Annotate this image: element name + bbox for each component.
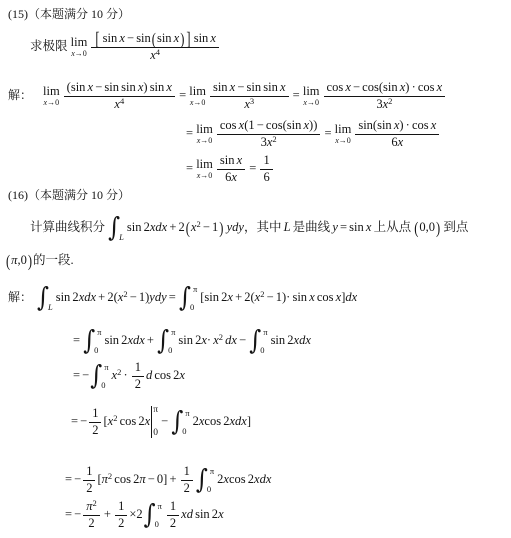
numerator: sin(sin x) · cos x (355, 118, 439, 135)
math-run: x2 · (112, 368, 130, 382)
numerator: 1 (89, 406, 101, 423)
numerator: (sin x − sin sin x) sin x (64, 80, 175, 97)
numerator: sin x − sin sin x (210, 80, 289, 97)
integral-sign-icon: ∫ (108, 215, 120, 241)
numerator: 1 (181, 464, 193, 481)
math-run: − (159, 414, 170, 428)
denominator: 2 (135, 377, 141, 393)
integral-sign-icon: ∫ (90, 363, 102, 389)
math-run: 2xcos 2xdx] (193, 414, 251, 428)
math-run: = (177, 88, 188, 102)
lim-subscript: x→0 (197, 137, 213, 145)
math-run: sin(sin x) · cos x (358, 118, 436, 132)
math-text: π (97, 327, 101, 337)
math-text: 是曲线 (291, 220, 333, 234)
math-text: 6 (263, 170, 269, 184)
math-text: 1 (92, 406, 98, 420)
problem-16-question-formula: 计算曲线积分 ∫Lsin 2xdx + 2(x2 − 1) ydy，其中 L 是… (30, 208, 468, 246)
denominator: x4 (114, 97, 124, 113)
math-text: dx (345, 290, 357, 304)
math-text: ) sin (143, 80, 166, 94)
limit-operator: limx→0 (303, 85, 320, 107)
math-text: sin (157, 31, 174, 45)
math-run: = − (65, 507, 81, 521)
math-run: 3x2 (261, 135, 277, 149)
lim-word: lim (196, 158, 213, 171)
math-text: = (167, 290, 178, 304)
lim-subscript: x→0 (335, 137, 351, 145)
integral-upper-limit: π (210, 467, 214, 476)
problem-16-solution-line-1: ∫Lsin 2xdx + 2(x2 − 1)ydy = ∫π0[sin 2x +… (36, 278, 357, 316)
math-run: 3x2 (376, 97, 392, 111)
math-text: π (153, 405, 158, 415)
math-text: xdx (127, 333, 144, 347)
math-text: sin 2 (56, 290, 79, 304)
integral-limits: π0 (101, 363, 108, 389)
fraction: sin x − sin sin xx3 (210, 80, 289, 112)
denominator: x4 (150, 48, 160, 64)
numerator: 1 (132, 360, 144, 377)
math-text: π (263, 327, 267, 337)
math-run: 2 (184, 481, 190, 495)
tall-bracket: ) (219, 220, 223, 237)
math-run: x3 (244, 97, 254, 111)
math-text: →0 (307, 98, 319, 107)
math-text: (1 − cos(sin (244, 118, 303, 132)
integral-sign-icon: ∫ (157, 328, 169, 354)
math-text: = (177, 88, 188, 102)
math-run: 的一段. (33, 253, 74, 267)
math-text: xdx (294, 333, 311, 347)
exam-solution-page: (15)（本题满分 10 分） 求极限 limx→0[ sin x − sin(… (0, 0, 511, 538)
math-text: sin (100, 31, 119, 45)
integral-sign-icon: ∫ (144, 502, 156, 528)
math-text: →0 (193, 98, 205, 107)
fraction: 16 (260, 153, 272, 185)
math-text: cos 2 (152, 368, 179, 382)
fraction: 12 (132, 360, 144, 392)
integral: ∫L (108, 215, 126, 241)
math-text: 上从点 (371, 220, 413, 234)
integral-lower-limit: 0 (207, 485, 214, 494)
fraction: 12 (167, 499, 179, 531)
math-text: cos (327, 80, 346, 94)
superscript-text: 2 (272, 134, 276, 144)
integral-sign-icon: ∫ (179, 285, 191, 311)
lim-word: lim (196, 123, 213, 136)
math-run: = (291, 88, 302, 102)
math-run: sin x (192, 31, 216, 45)
math-text: − cos(sin (351, 80, 400, 94)
math-text: x (237, 153, 243, 167)
math-text: →0 (200, 171, 212, 180)
math-run: 1 (135, 360, 141, 374)
limit-operator: limx→0 (335, 123, 352, 145)
math-text: − 1 (201, 220, 219, 234)
math-text: sin 2 (178, 333, 201, 347)
math-text: = (73, 333, 82, 347)
math-text: sin (192, 31, 211, 45)
math-text: [sin 2 (200, 290, 227, 304)
math-text: 0,0 (419, 220, 435, 234)
math-text: dx (225, 333, 237, 347)
math-run: cos x − cos(sin x) · cos x (327, 80, 443, 94)
integral-limits: π0 (155, 502, 162, 528)
superscript-text: 4 (120, 96, 124, 106)
math-run: = − (73, 368, 89, 382)
math-run: (sin x − sin sin x) sin x (67, 80, 172, 94)
math-text: x (231, 170, 237, 184)
math-text: x (280, 80, 286, 94)
lim-subscript: x→0 (197, 172, 213, 180)
math-text: x (174, 31, 180, 45)
math-text: (sin (67, 80, 88, 94)
math-text: π (158, 501, 162, 511)
math-text: = sin (338, 220, 366, 234)
numerator: 1 (167, 499, 179, 516)
math-text: →0 (339, 136, 351, 145)
superscript-text: 2 (93, 498, 97, 508)
math-text: 到点 (441, 220, 468, 234)
problem-16-question-line-2: (π,0)的一段. (5, 241, 74, 279)
math-text: cos 2 (229, 472, 254, 486)
lim-subscript: x→0 (303, 99, 319, 107)
math-text: + (145, 333, 156, 347)
superscript-text: 4 (156, 47, 160, 57)
math-text: 1 (184, 464, 190, 478)
integral-lower-limit: 0 (190, 303, 197, 312)
math-text: x (166, 80, 172, 94)
math-text: x (218, 507, 224, 521)
integral-upper-limit: π (193, 285, 197, 294)
math-run: 1 (86, 464, 92, 478)
math-run: x4 (114, 97, 124, 111)
denominator: 6x (225, 170, 237, 186)
integral-upper-limit: π (171, 328, 175, 337)
numerator: [ sin x − sin(sin x)] sin x (91, 31, 219, 48)
integral-lower-limit: 0 (155, 520, 162, 529)
math-text: − sin sin (93, 80, 138, 94)
denominator: 2 (184, 481, 190, 497)
math-run: [x2 cos 2x (103, 414, 150, 428)
integral-limits: π0 (260, 328, 267, 354)
integral-lower-limit: 0 (260, 346, 267, 355)
math-run: = − (65, 472, 81, 486)
math-text: − sin (125, 31, 151, 45)
tall-bracket: ( (6, 253, 10, 270)
math-text: · (121, 368, 129, 382)
math-text: L (284, 220, 291, 234)
limit-operator: limx→0 (43, 85, 60, 107)
math-run: 2 (135, 377, 141, 391)
problem-16-solution-line-3: = −∫π0x2 · 12d cos 2x (73, 356, 185, 394)
tall-bracket: [ (95, 30, 99, 49)
tall-bracket: ( (186, 220, 190, 237)
integral-lower-limit: 0 (94, 346, 101, 355)
integral-upper-limit: π (97, 328, 101, 337)
fraction: [ sin x − sin(sin x)] sin xx4 (91, 31, 219, 63)
fraction: 12 (83, 464, 95, 496)
math-run: sin x (157, 31, 179, 45)
math-text: xdx (79, 290, 96, 304)
fraction: cos x − cos(sin x) · cos x3x2 (324, 80, 446, 112)
math-run: sin 2xdx + 2(x2 − 1)ydy = (56, 290, 178, 304)
integral: ∫π0 (83, 328, 103, 354)
math-run: 2 (86, 481, 92, 495)
math-text: cos 2 (112, 472, 139, 486)
tall-bracket: ) (180, 31, 184, 48)
math-run: 到点 (441, 220, 468, 234)
math-run: 2xcos 2xdx (217, 472, 271, 486)
math-text: = (291, 88, 302, 102)
tall-bracket: ( (152, 31, 156, 48)
math-run: sin 2x· x2 dx − (178, 333, 248, 347)
math-text: 2 (170, 516, 176, 530)
tall-bracket: ) (28, 253, 32, 270)
integral-sign-icon: ∫ (37, 285, 49, 311)
math-run: + (102, 507, 113, 521)
math-text: = (322, 126, 333, 140)
problem-15-solution-label: 解： (8, 87, 32, 103)
math-text: 的一段. (33, 253, 74, 267)
integral-sign-icon: ∫ (83, 328, 95, 354)
math-text: + 2( (233, 290, 255, 304)
integral-lower-limit: 0 (182, 427, 189, 436)
denominator: 2 (92, 423, 98, 439)
math-text: − (159, 414, 170, 428)
math-text: cos 2 (117, 414, 144, 428)
math-text: ，其中 (244, 220, 284, 234)
math-text: ) · cos (399, 118, 430, 132)
lim-subscript: x→0 (71, 50, 87, 58)
lim-word: lim (335, 123, 352, 136)
math-run: x4 (150, 48, 160, 62)
math-text: →0 (47, 98, 59, 107)
math-text: ×2 (129, 507, 142, 521)
superscript-text: 3 (250, 96, 254, 106)
math-text: 求极限 (30, 39, 70, 53)
math-text: sin 2 (104, 333, 127, 347)
fraction: cos x(1 − cos(sin x))3x2 (217, 118, 321, 150)
math-text: − 1) (128, 290, 150, 304)
math-text: ,0 (17, 253, 26, 267)
math-run: 2 (88, 516, 94, 530)
math-text: xd (181, 507, 193, 521)
fraction: 12 (89, 406, 101, 438)
math-run: sin x − sin (100, 31, 150, 45)
denominator: 3x2 (376, 97, 392, 113)
math-text: sin(sin (358, 118, 393, 132)
math-run: 1 (170, 499, 176, 513)
math-text: x (431, 118, 437, 132)
math-run: [π2 cos 2π − 0] + (97, 472, 178, 486)
fraction: π22 (83, 499, 100, 531)
math-text: − 0] + (146, 472, 179, 486)
denominator: 2 (170, 516, 176, 532)
math-run: = (186, 161, 195, 175)
lim-word: lim (43, 85, 60, 98)
problem-16-solution-line-2: = ∫π0sin 2xdx + ∫π0sin 2x· x2 dx − ∫π0si… (73, 321, 311, 359)
integral-upper-limit: π (185, 409, 189, 418)
math-text: 1 (86, 464, 92, 478)
math-text: x (179, 368, 185, 382)
math-text: 2 (86, 481, 92, 495)
numerator: 1 (83, 464, 95, 481)
math-text: sin 2 (193, 507, 218, 521)
math-text: 2 (184, 481, 190, 495)
denominator: 2 (118, 516, 124, 532)
math-run: = (322, 126, 333, 140)
math-run: = (247, 161, 258, 175)
math-text: 0 (153, 428, 158, 438)
math-run: π,0 (11, 253, 27, 267)
problem-15-solution-line-1: limx→0(sin x − sin sin x) sin xx4 = limx… (42, 76, 447, 114)
problem-16-solution-line-6: = −π22 + 12×2∫π012xd sin 2x (65, 495, 224, 533)
math-text: 2 (88, 516, 94, 530)
math-text: − 1)· sin (264, 290, 309, 304)
numerator: π2 (83, 499, 100, 516)
integral-limits: π0 (168, 328, 175, 354)
math-run: sin 2xdx (271, 333, 311, 347)
integral-limits: π0 (182, 409, 189, 435)
math-text: = − (65, 507, 81, 521)
math-run: cos x(1 − cos(sin x)) (220, 118, 318, 132)
denominator: 6x (391, 135, 403, 151)
math-run: π2 (86, 499, 97, 513)
math-run: 0,0 (419, 220, 435, 234)
math-run: 计算曲线积分 (30, 220, 107, 234)
problem-16-solution-label: 解： (8, 289, 32, 305)
math-text: cos (220, 118, 239, 132)
evaluation-lower-limit: 0 (153, 429, 158, 439)
math-text: π (171, 327, 175, 337)
math-text: xdx (254, 472, 271, 486)
math-run: ×2 (129, 507, 142, 521)
numerator: 1 (115, 499, 127, 516)
math-text: x (437, 80, 443, 94)
integral-sign-icon: ∫ (249, 328, 261, 354)
numerator: sin x (217, 153, 245, 170)
math-run: d cos 2x (146, 368, 185, 382)
math-text: + 2( (96, 290, 118, 304)
integral-upper-limit: π (158, 502, 162, 511)
math-run: 6x (391, 135, 403, 149)
integral-limits: π0 (94, 328, 101, 354)
problem-16-header: (16)（本题满分 10 分） (8, 187, 130, 203)
math-text: →0 (200, 136, 212, 145)
integral-limits: π0 (207, 467, 214, 493)
math-text: 2 (135, 377, 141, 391)
math-text: →0 (75, 49, 87, 58)
math-run: 1 (118, 499, 124, 513)
limit-operator: limx→0 (189, 85, 206, 107)
math-run: 1 (92, 406, 98, 420)
denominator: 2 (88, 516, 94, 532)
problem-16-solution-line-4: = −12[x2 cos 2xπ0 − ∫π02xcos 2xdx] (71, 402, 251, 440)
math-run: 2 (92, 423, 98, 437)
math-text: sin (213, 80, 230, 94)
math-text: ) · cos (405, 80, 436, 94)
integral-lower-limit: 0 (101, 381, 108, 390)
math-run: = − (71, 414, 87, 428)
math-text: ydy (149, 290, 166, 304)
denominator: x3 (244, 97, 254, 113)
fraction: 12 (181, 464, 193, 496)
math-text: xdx (229, 414, 246, 428)
math-text: sin 2 (127, 220, 150, 234)
limit-operator: limx→0 (196, 158, 213, 180)
math-run: 1 (263, 153, 269, 167)
math-text: cos (315, 290, 336, 304)
lim-subscript: x→0 (44, 99, 60, 107)
numerator: 1 (260, 153, 272, 170)
math-text: ydy (227, 220, 244, 234)
math-run: [sin 2x + 2(x2 − 1)· sin x cos x]dx (200, 290, 357, 304)
math-text: 2 (92, 423, 98, 437)
math-run: ydy，其中 L 是曲线 y = sin x 上从点 (224, 220, 413, 234)
math-text: 1 (170, 499, 176, 513)
integral-upper-limit: π (263, 328, 267, 337)
math-text: 计算曲线积分 (30, 220, 107, 234)
denominator: 3x2 (261, 135, 277, 151)
integral: ∫π0 (196, 467, 216, 493)
tall-bracket: ) (436, 220, 440, 237)
math-run: sin x (220, 153, 242, 167)
lim-word: lim (189, 85, 206, 98)
fraction: sin x6x (217, 153, 245, 185)
math-run: 6 (263, 170, 269, 184)
math-text: sin (220, 153, 237, 167)
math-text: = − (65, 472, 81, 486)
math-text: 1 (118, 499, 124, 513)
numerator: cos x − cos(sin x) · cos x (324, 80, 446, 97)
lim-word: lim (71, 36, 88, 49)
tall-bracket: ( (414, 220, 418, 237)
superscript-text: 2 (388, 96, 392, 106)
math-run: sin 2xdx + 2 (127, 220, 185, 234)
math-text: = − (71, 414, 87, 428)
integral: ∫π0 (157, 328, 177, 354)
math-text: x (210, 31, 216, 45)
math-run: = (186, 126, 195, 140)
math-text: − (237, 333, 248, 347)
math-text: xdx (150, 220, 167, 234)
integral: ∫π0 (179, 285, 199, 311)
fraction: (sin x − sin sin x) sin xx4 (64, 80, 175, 112)
math-run: x2 − 1 (191, 220, 218, 234)
math-text: π (210, 466, 214, 476)
integral: ∫π0 (249, 328, 269, 354)
math-run: 6x (225, 170, 237, 184)
math-run: = (73, 333, 82, 347)
math-run: sin x − sin sin x (213, 80, 286, 94)
evaluation-limits: π0 (152, 406, 158, 438)
math-text: 1 (135, 360, 141, 374)
math-text: = (247, 161, 258, 175)
limit-operator: limx→0 (71, 36, 88, 58)
problem-16-solution-line-5: = −12[π2 cos 2π − 0] + 12∫π02xcos 2xdx (65, 460, 271, 498)
problem-15-header: (15)（本题满分 10 分） (8, 6, 130, 22)
limit-operator: limx→0 (196, 123, 213, 145)
denominator: 6 (263, 170, 269, 186)
math-text: cos 2 (204, 414, 229, 428)
integral: ∫π0 (90, 363, 110, 389)
math-text: π (193, 284, 197, 294)
fraction: 12 (115, 499, 127, 531)
denominator: 2 (86, 481, 92, 497)
math-text: 2 (118, 516, 124, 530)
integral-lower-limit: 0 (168, 346, 175, 355)
